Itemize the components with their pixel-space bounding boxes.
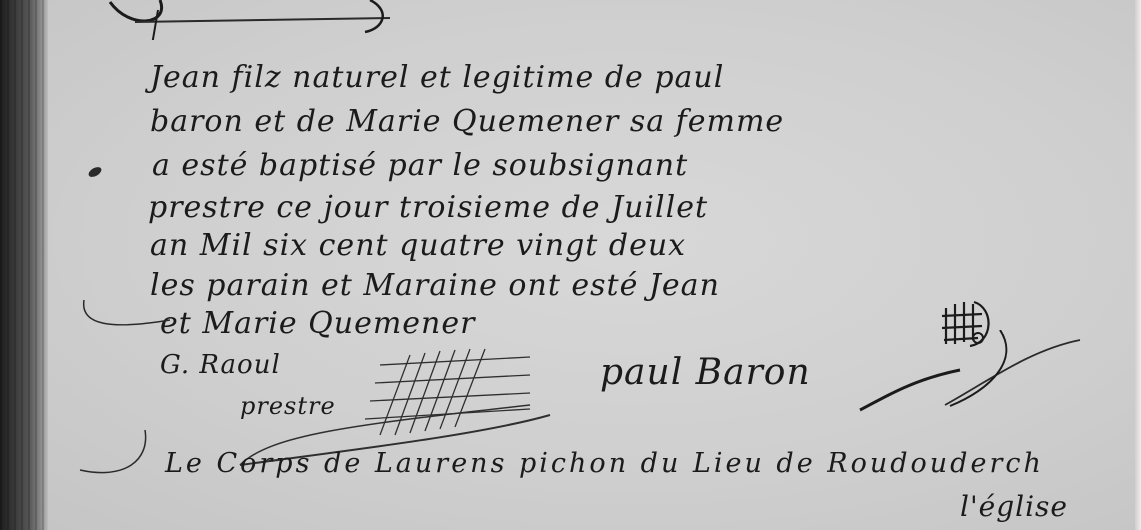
previous-entry-flourish <box>100 0 400 40</box>
entry-line-5: an Mil six cent quatre vingt deux <box>150 228 686 263</box>
entry-line-4: prestre ce jour troisieme de Juillet <box>148 190 708 225</box>
entry-line-2: baron et de Marie Quemener sa femme <box>150 104 784 139</box>
next-entry-line-1: Le Corps de Laurens pichon du Lieu de Ro… <box>165 448 1044 479</box>
book-binding-gutter <box>0 0 48 530</box>
entry-line-3: a esté baptisé par le soubsignant <box>152 148 688 183</box>
father-signature: paul Baron <box>600 352 811 393</box>
manuscript-page: Jean filz naturel et legitime de paul ba… <box>0 0 1141 530</box>
entry-line-1: Jean filz naturel et legitime de paul <box>150 60 724 95</box>
entry-line-6: les parain et Maraine ont esté Jean <box>150 268 720 303</box>
godparent-mark-icon <box>938 298 990 350</box>
next-entry-line-2: l'église <box>960 490 1068 523</box>
margin-ink-blot <box>87 165 103 179</box>
page-edge <box>1135 0 1141 530</box>
